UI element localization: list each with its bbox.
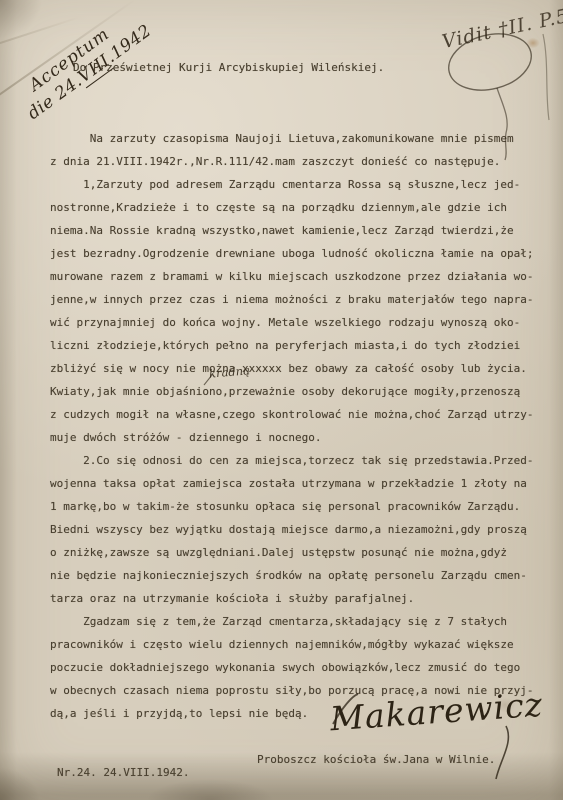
document-line: nie będzie najkonieczniejszych środków n… bbox=[50, 564, 533, 587]
paper-crease bbox=[0, 16, 80, 45]
document-line: 2.Co się odnosi do cen za miejsca,torzec… bbox=[50, 449, 533, 472]
document-line: tarza oraz na utrzymanie kościoła i służ… bbox=[50, 587, 533, 610]
document-line: 1 markę,bo w takim-że stosunku opłaca si… bbox=[50, 495, 533, 518]
document-line: jest bezradny.Ogrodzenie drewniane uboga… bbox=[50, 242, 533, 265]
document-line: liczni złodzieje,których pełno na peryfe… bbox=[50, 334, 533, 357]
reference-number-and-date: Nr.24. 24.VIII.1942. bbox=[57, 766, 189, 779]
document-line: 1,Zarzuty pod adresem Zarządu cmentarza … bbox=[50, 173, 533, 196]
document-line: Kwiaty,jak mnie objaśniono,przeważnie os… bbox=[50, 380, 533, 403]
document-line: o zniżkę,zawsze są uwzględniani.Dalej us… bbox=[50, 541, 533, 564]
scanned-letter-page: Acceptum die 24.VIII.1942 Vidit †II. P.5… bbox=[0, 0, 563, 800]
signer-title-line: Proboszcz kościoła św.Jana w Wilnie. bbox=[257, 753, 495, 766]
document-line: z dnia 21.VIII.1942r.,Nr.R.111/42.mam za… bbox=[50, 150, 533, 173]
document-line: Na zarzuty czasopisma Naujoji Lietuva,za… bbox=[50, 127, 533, 150]
document-line: nostronne,Kradzieże i to częste są na po… bbox=[50, 196, 533, 219]
vidit-tail-stroke bbox=[543, 34, 549, 120]
document-line: z cudzych mogił na własne,czego skontrol… bbox=[50, 403, 533, 426]
document-line: poczucie dokładniejszego wykonania swych… bbox=[50, 656, 533, 679]
document-line: pracowników i często wielu dziennych naj… bbox=[50, 633, 533, 656]
document-line: muje dwóch stróżów - dziennego i nocnego… bbox=[50, 426, 533, 449]
letter-addressee-heading: Do Prześwietnej Kurji Arcybiskupiej Wile… bbox=[73, 61, 384, 74]
letter-body: Na zarzuty czasopisma Naujoji Lietuva,za… bbox=[50, 127, 533, 725]
document-line: Biedni wszyscy bez wyjątku dostają miejs… bbox=[50, 518, 533, 541]
document-line: zbliżyć się w nocy nie można xxxxxx bez … bbox=[50, 357, 533, 380]
document-line: wojenna taksa opłat zamiejsca została ut… bbox=[50, 472, 533, 495]
handwritten-vidit-mark: Vidit †II. P.5 bbox=[440, 5, 563, 53]
document-line: Zgadzam się z tem,że Zarząd cmentarza,sk… bbox=[50, 610, 533, 633]
document-line: niema.Na Rossie kradną wszystko,nawet ka… bbox=[50, 219, 533, 242]
signature-tail-stroke bbox=[496, 726, 508, 779]
document-line: murowane razem z bramami w kilku miejsca… bbox=[50, 265, 533, 288]
document-line: wić przynajmniej do końca wojny. Metale … bbox=[50, 311, 533, 334]
document-line: jenne,w innych przez czas i niema możnoś… bbox=[50, 288, 533, 311]
